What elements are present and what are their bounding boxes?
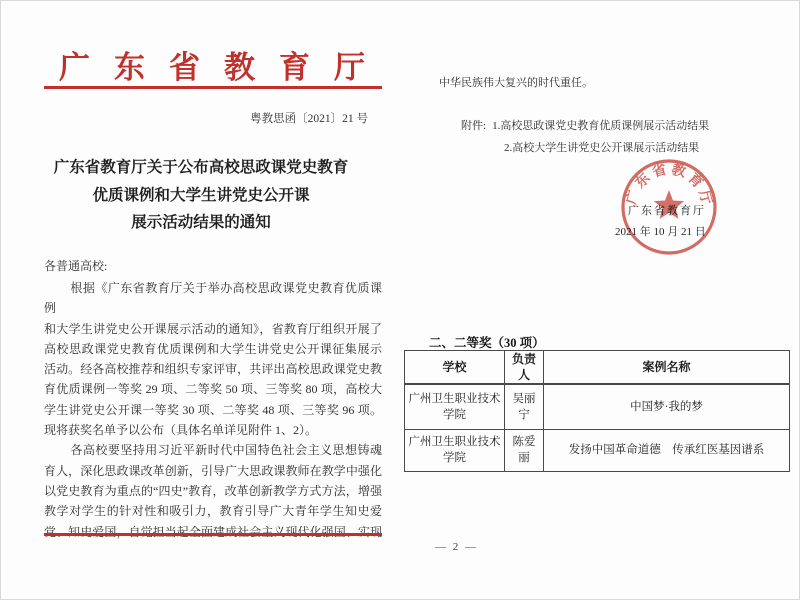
document-title: 广东省教育厅关于公布高校思政课党史教育 优质课例和大学生讲党史公开课 展示活动结…	[31, 154, 371, 237]
document-scan: 广东省教育厅 粤教思函〔2021〕21 号 广东省教育厅关于公布高校思政课党史教…	[0, 0, 800, 600]
col-header-person: 负责人	[505, 351, 544, 385]
page-1: 广东省教育厅 粤教思函〔2021〕21 号 广东省教育厅关于公布高校思政课党史教…	[1, 1, 401, 600]
cell-person: 吴丽宁	[505, 384, 544, 429]
cell-school: 广州卫生职业技术学院	[405, 384, 505, 429]
body-line: 教学对学生的针对性和吸引力，教育引导广大青年学生知史爱	[44, 501, 382, 521]
table-header-row: 学校 负责人 案例名称	[405, 351, 790, 385]
body-line: 高校思政课党史教育优质课例和大学生讲党史公开课征集展示	[44, 339, 382, 359]
body-continuation-line: 中华民族伟大复兴的时代重任。	[439, 74, 593, 90]
official-seal: 广 东 省 教 育 厅	[609, 147, 729, 267]
body-line: 学生讲党史公开课一等奖 30 项、二等奖 48 项、三等奖 96 项。	[44, 400, 382, 420]
cell-case: 发扬中国革命道德 传承红医基因谱系	[544, 429, 790, 471]
letterhead-title: 广东省教育厅	[59, 42, 389, 87]
title-line-3: 展示活动结果的通知	[31, 209, 371, 237]
body-line: 育人，深化思政课改革创新，引导广大思政课教师在教学中强化	[44, 461, 382, 481]
body-line: 党、知史爱国，自觉担当起全面建成社会主义现代化强国、实现	[44, 522, 382, 542]
table-row: 广州卫生职业技术学院 吴丽宁 中国梦·我的梦	[405, 384, 790, 429]
page-footer-divider	[44, 533, 382, 536]
body-text: 根据《广东省教育厅关于举办高校思政课党史教育优质课例 和大学生讲党史公开课展示活…	[44, 278, 382, 542]
attachment-item-1: 1.高校思政课党史教育优质课例展示活动结果	[492, 120, 709, 132]
document-number: 粤教思函〔2021〕21 号	[44, 110, 368, 126]
cell-case: 中国梦·我的梦	[544, 384, 790, 429]
title-line-1: 广东省教育厅关于公布高校思政课党史教育	[31, 154, 371, 182]
page-2: 中华民族伟大复兴的时代重任。 附件:1.高校思政课党史教育优质课例展示活动结果 …	[401, 1, 800, 600]
body-line: 育优质课例一等奖 29 项、二等奖 50 项、三等奖 80 项，高校大	[44, 379, 382, 399]
col-header-school: 学校	[405, 351, 505, 385]
attachment-line-1: 附件:1.高校思政课党史教育优质课例展示活动结果	[461, 115, 709, 137]
body-line: 活动。经各高校推荐和组织专家评审，共评出高校思政课党史教	[44, 359, 382, 379]
star-icon	[654, 190, 684, 219]
letterhead-divider	[44, 86, 382, 89]
page-number: — 2 —	[435, 541, 478, 553]
cell-school: 广州卫生职业技术学院	[405, 429, 505, 471]
body-line: 现将获奖名单予以公布（具体名单详见附件 1、2）。	[44, 420, 382, 440]
body-line: 和大学生讲党史公开课展示活动的通知》，省教育厅组织开展了	[44, 319, 382, 339]
body-line: 以党史教育为重点的“四史”教育，改革创新教学方式方法，增强	[44, 481, 382, 501]
cell-person: 陈爱丽	[505, 429, 544, 471]
awards-table: 学校 负责人 案例名称 广州卫生职业技术学院 吴丽宁 中国梦·我的梦 广州卫生职…	[404, 350, 790, 472]
section-heading: 二、二等奖（30 项）	[429, 333, 545, 351]
body-line: 各高校要坚持用习近平新时代中国特色社会主义思想铸魂	[44, 440, 382, 460]
attachments-label: 附件:	[461, 120, 486, 132]
seal-char: 育	[685, 170, 707, 192]
col-header-case: 案例名称	[544, 351, 790, 385]
body-line: 根据《广东省教育厅关于举办高校思政课党史教育优质课例	[44, 278, 382, 319]
title-line-2: 优质课例和大学生讲党史公开课	[31, 182, 371, 210]
salutation: 各普通高校:	[44, 257, 107, 274]
table-row: 广州卫生职业技术学院 陈爱丽 发扬中国革命道德 传承红医基因谱系	[405, 429, 790, 471]
seal-char: 东	[632, 170, 654, 192]
